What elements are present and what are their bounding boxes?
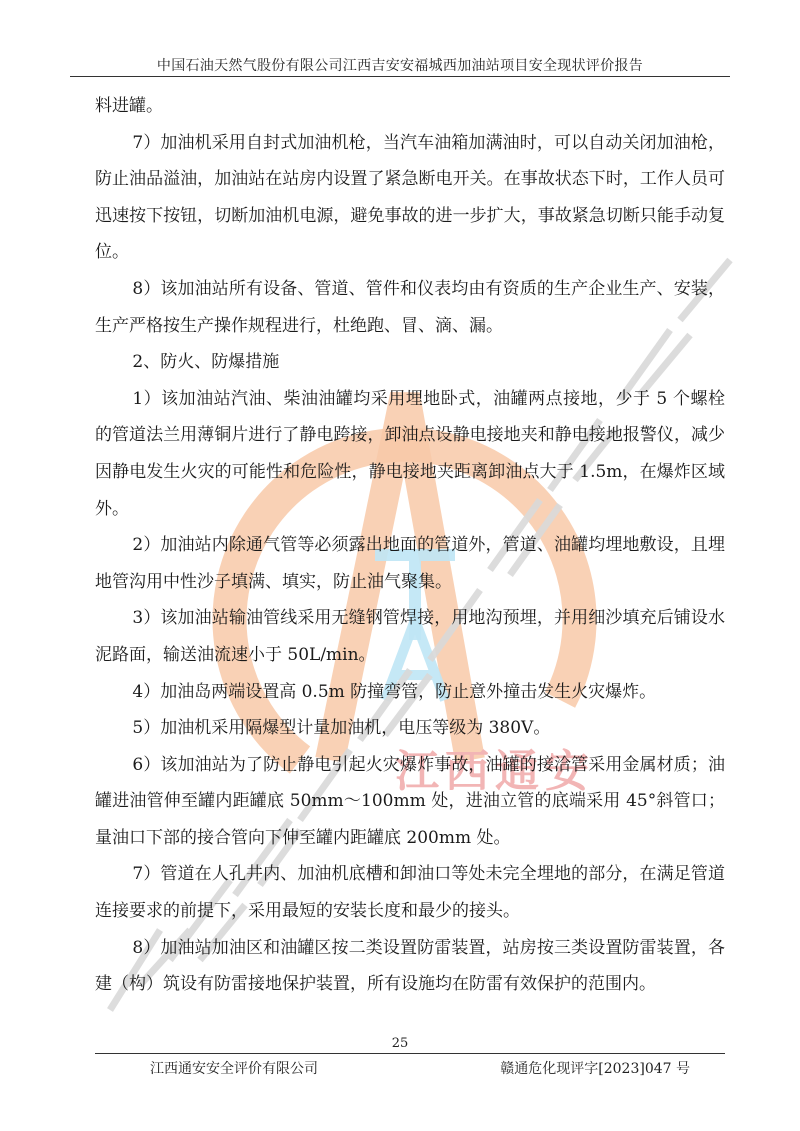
page-header-title: 中国石油天然气股份有限公司江西吉安安福城西加油站项目安全现状评价报告 [70,55,730,75]
paragraph-item-8-lightning-protection: 8）加油站加油区和油罐区按二类设置防雷装置，站房按三类设置防雷装置，各建（构）筑… [95,930,725,1003]
paragraph-item-4-crash-barrier: 4）加油岛两端设置高 0.5m 防撞弯管，防止意外撞击发生火灾爆炸。 [95,674,725,711]
paragraph-item-7-self-sealing-nozzle: 7）加油机采用自封式加油机枪，当汽车油箱加满油时，可以自动关闭加油枪，防止油品溢… [95,125,725,271]
paragraph-item-2-buried-pipes: 2）加油站内除通气管等必须露出地面的管道外，管道、油罐均埋地敷设，且埋地管沟用中… [95,527,725,600]
paragraph-item-1-tank-grounding: 1）该加油站汽油、柴油油罐均采用埋地卧式，油罐两点接地，少于 5 个螺栓的管道法… [95,381,725,527]
paragraph-item-5-explosion-proof-dispenser: 5）加油机采用隔爆型计量加油机，电压等级为 380V。 [95,710,725,747]
section-heading-fire-explosion-prevention: 2、防火、防爆措施 [95,344,725,381]
footer-divider [95,1053,725,1054]
footer-document-number: 赣通危化现评字[2023]047 号 [500,1058,690,1078]
paragraph-continuation: 料进罐。 [95,88,725,125]
document-body: 料进罐。 7）加油机采用自封式加油机枪，当汽车油箱加满油时，可以自动关闭加油枪，… [95,88,725,1003]
page-number: 25 [0,1036,800,1051]
paragraph-item-8-qualified-equipment: 8）该加油站所有设备、管道、管件和仪表均由有资质的生产企业生产、安装，生产严格按… [95,271,725,344]
footer-company: 江西通安安全评价有限公司 [150,1058,318,1078]
paragraph-item-7-exposed-pipes: 7）管道在人孔井内、加油机底槽和卸油口等处未完全埋地的部分，在满足管道连接要求的… [95,856,725,929]
paragraph-item-6-static-prevention: 6）该加油站为了防止静电引起火灾爆炸事故，油罐的接洽管采用金属材质；油罐进油管伸… [95,747,725,857]
header-divider [70,76,730,77]
paragraph-item-3-pipeline-welding: 3）该加油站输油管线采用无缝钢管焊接，用地沟预埋，并用细沙填充后铺设水泥路面，输… [95,600,725,673]
